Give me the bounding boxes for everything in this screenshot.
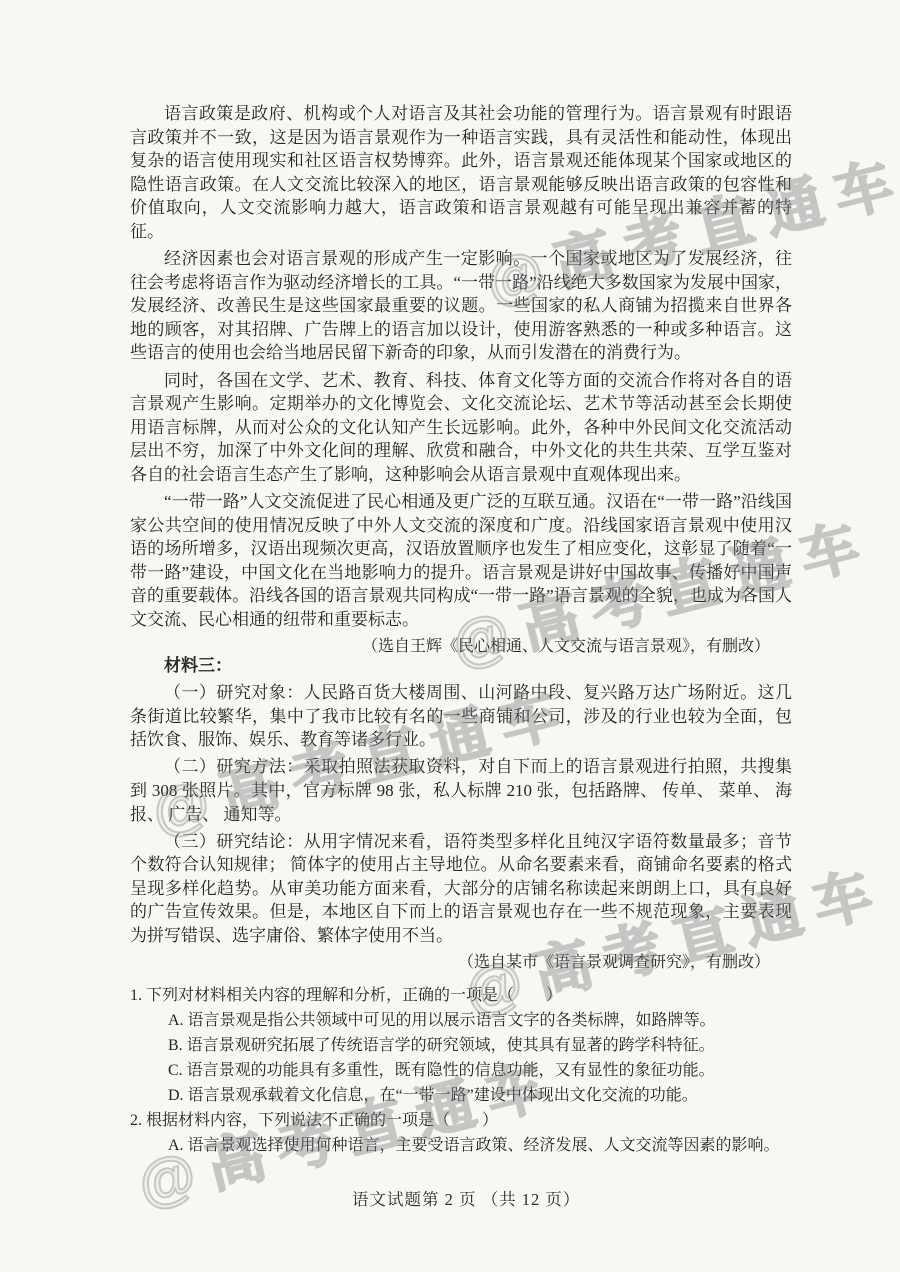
body-paragraph: 语言政策是政府、机构或个人对语言及其社会功能的管理行为。语言景观有时跟语言政策并…	[130, 102, 792, 244]
question-1-option-a: A. 语言景观是指公共领域中可见的用以展示语言文字的各类标牌，如路牌等。	[130, 1008, 792, 1033]
question-1-stem: 1. 下列对材料相关内容的理解和分析，正确的一项是（ ）	[130, 983, 792, 1008]
body-paragraph: （三）研究结论：从用字情况来看，语符类型多样化且纯汉字语符数量最多；音节个数符合…	[130, 830, 792, 948]
question-2-option-a: A. 语言景观选择使用何种语言，主要受语言政策、经济发展、人文交流等因素的影响。	[130, 1133, 792, 1158]
body-paragraph: 经济因素也会对语言景观的形成产生一定影响。一个国家或地区为了发展经济，往往会考虑…	[130, 247, 792, 365]
exam-paper-page: @高考直通车 @高考直通车 @高考直通车 @高考直通车 @高考直通车 语言政策是…	[0, 0, 900, 1272]
body-paragraph: “一带一路”人文交流促进了民心相通及更广泛的互联互通。汉语在“一带一路”沿线国家…	[130, 490, 792, 632]
material-three-section: 材料三： （一）研究对象：人民路百货大楼周围、山河路中段、复兴路万达广场附近。这…	[130, 654, 792, 978]
body-paragraph: 同时，各国在文学、艺术、教育、科技、体育文化等方面的交流合作将对各自的语言景观产…	[130, 369, 792, 487]
body-paragraph: （二）研究方法：采取拍照法获取资料，对自下而上的语言景观进行拍照，共搜集到 30…	[130, 755, 792, 826]
question-2-stem: 2. 根据材料内容，下列说法不正确的一项是（ ）	[130, 1108, 792, 1133]
question-1-option-b: B. 语言景观研究拓展了传统语言学的研究领域，使其具有显著的跨学科特征。	[130, 1033, 792, 1058]
body-paragraph: （一）研究对象：人民路百货大楼周围、山河路中段、复兴路万达广场附近。这几条街道比…	[130, 681, 792, 752]
page-number-footer: 语文试题第 2 页 （共 12 页）	[352, 1186, 580, 1210]
question-1-option-d: D. 语言景观承载着文化信息，在“一带一路”建设中体现出文化交流的功能。	[130, 1083, 792, 1108]
material-three-heading: 材料三：	[130, 654, 792, 678]
material-two-body: 语言政策是政府、机构或个人对语言及其社会功能的管理行为。语言景观有时跟语言政策并…	[130, 102, 792, 662]
source-attribution: （选自某市《语言景观调查研究》，有删改）	[130, 951, 792, 975]
questions-section: 1. 下列对材料相关内容的理解和分析，正确的一项是（ ） A. 语言景观是指公共…	[130, 983, 792, 1158]
question-1-option-c: C. 语言景观的功能具有多重性，既有隐性的信息功能，又有显性的象征功能。	[130, 1058, 792, 1083]
